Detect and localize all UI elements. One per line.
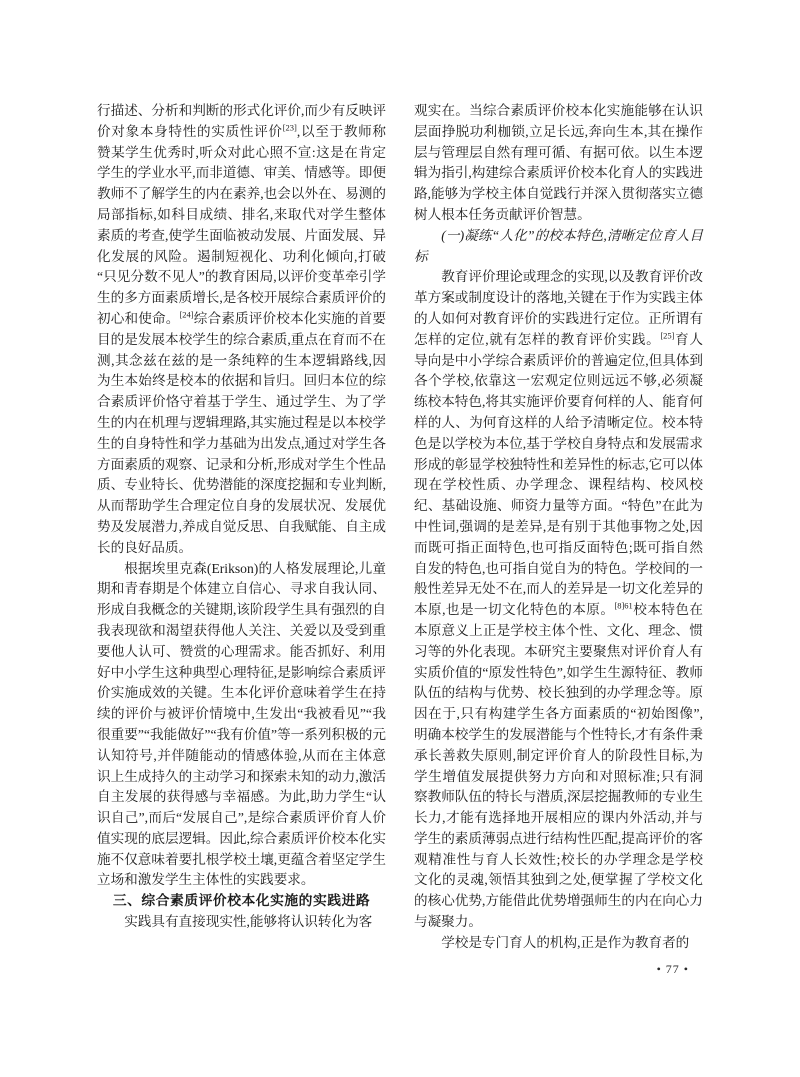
right-column: 观实在。当综合素质评价校本化实施能够在认识层面挣脱功利枷锁,立足长远,奔向生本,…: [414, 101, 703, 979]
citation-ref: [24]: [179, 309, 193, 319]
subsection-heading-school-characteristics: (一)凝练“人化”的校本特色,清晰定位育人目标: [414, 226, 703, 268]
section-heading-practice-path: 三、综合素质评价校本化实施的实践进路: [97, 891, 386, 912]
paragraph-practice-reality-continued: 观实在。当综合素质评价校本化实施能够在认识层面挣脱功利枷锁,立足长远,奔向生本,…: [414, 101, 703, 226]
paragraph-education-evaluation-positioning: 教育评价理论或理念的实现,以及教育评价改革方案或制度设计的落地,关键在于作为实践…: [414, 267, 703, 933]
citation-ref: [23]: [283, 122, 297, 132]
page-number: • 77 •: [414, 959, 703, 980]
paragraph-school-as-educator-start: 学校是专门育人的机构,正是作为教育者的: [414, 933, 703, 954]
paragraph-formal-evaluation-critique: 行描述、分析和判断的形式化评价,而少有反映评价对象本身特性的实质性评价[23],…: [97, 101, 386, 559]
paragraph-erikson-personality-theory: 根据埃里克森(Erikson)的人格发展理论,儿童期和青春期是个体建立自信心、寻…: [97, 559, 386, 892]
paragraph-practice-reality-start: 实践具有直接现实性,能够将认识转化为客: [97, 912, 386, 933]
paper-page: 行描述、分析和判断的形式化评价,而少有反映评价对象本身特性的实质性评价[23],…: [0, 0, 800, 1077]
left-column: 行描述、分析和判断的形式化评价,而少有反映评价对象本身特性的实质性评价[23],…: [97, 101, 386, 979]
citation-ref: [8]61: [614, 601, 632, 611]
citation-ref: [25]: [660, 330, 674, 340]
two-column-text-area: 行描述、分析和判断的形式化评价,而少有反映评价对象本身特性的实质性评价[23],…: [97, 101, 703, 979]
